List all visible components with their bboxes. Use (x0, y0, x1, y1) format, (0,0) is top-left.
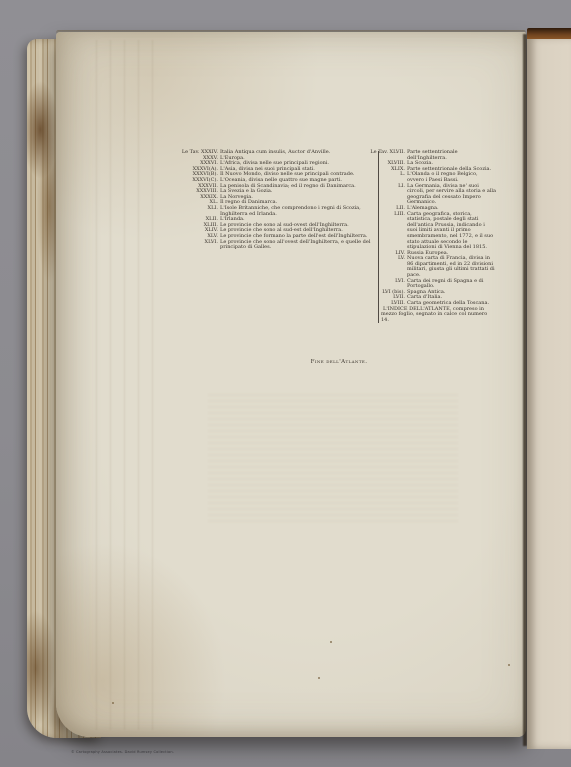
entry-text: Parte settentrionale dell'Inghilterra. (407, 149, 458, 161)
index-entry: LI.La Germania, divisa ne' suoi circoli,… (381, 184, 496, 206)
index-entry: L'INDICE DELL'ATLANTE, compreso in mezzo… (381, 307, 496, 324)
entry-text: L'Isole Britanniche, che comprendono i r… (220, 205, 361, 217)
verso-text-bleedthrough (208, 394, 458, 524)
index-column-left: Le Tav. XXXIV.Italia Antiqua cum insulis… (182, 150, 376, 323)
scanned-book-photo: Le Tav. XXXIV.Italia Antiqua cum insulis… (0, 0, 571, 767)
entry-number: LI. (381, 184, 405, 190)
index-column-right: Le Tav. XLVII.Parte settentrionale dell'… (381, 150, 496, 323)
entry-text: Carta geografica, storica, statistica, p… (407, 211, 493, 251)
entry-text: L'INDICE DELL'ATLANTE, compreso in mezzo… (381, 306, 487, 323)
entry-number: LV. (381, 256, 405, 262)
entry-number: LIII. (381, 212, 405, 218)
index-entry: XLVI.Le provincie che sono all'ovest del… (182, 240, 376, 251)
column-divider-rule (378, 151, 379, 323)
credit-line: © Cartography Associates. David Rumsey C… (71, 750, 174, 754)
index-entry: LIII.Carta geografica, storica, statisti… (381, 212, 496, 251)
foxing-speck (112, 702, 114, 704)
entry-number: Le Tav. XLVII. (381, 150, 405, 156)
entry-number: XLI. (182, 206, 218, 212)
entry-text: Nuova carta di Francia, divisa in 86 dip… (407, 255, 495, 278)
foxing-speck (318, 677, 320, 679)
entry-text: La Germania, divisa ne' suoi circoli, pe… (407, 183, 496, 206)
entry-text: L'Olanda o il regno Belgico, ovvero i Pa… (407, 171, 478, 183)
finis-line: Fine dell'Atlante. (182, 360, 496, 366)
entry-number: LVI. (381, 279, 405, 285)
entry-text: Le provincie che formano la parte dell'e… (220, 233, 367, 239)
entry-number: L. (381, 172, 405, 178)
index-columns: Le Tav. XXXIV.Italia Antiqua cum insulis… (182, 150, 496, 323)
entry-text: Le provincie che sono all'ovest dell'Ing… (220, 239, 370, 251)
index-entry: L.L'Olanda o il regno Belgico, ovvero i … (381, 172, 496, 183)
page-creases (96, 40, 156, 730)
index-entry: LV.Nuova carta di Francia, divisa in 86 … (381, 256, 496, 278)
leather-cover-edge (527, 28, 571, 39)
entry-text: Carta dei regni di Spagna e di Portogall… (407, 278, 483, 290)
facing-page-sliver (527, 37, 571, 749)
foxing-speck (330, 641, 332, 643)
foxing-speck (508, 664, 510, 666)
atlas-index-text-block: Le Tav. XXXIV.Italia Antiqua cum insulis… (182, 150, 496, 366)
entry-number: XLVI. (182, 240, 218, 246)
